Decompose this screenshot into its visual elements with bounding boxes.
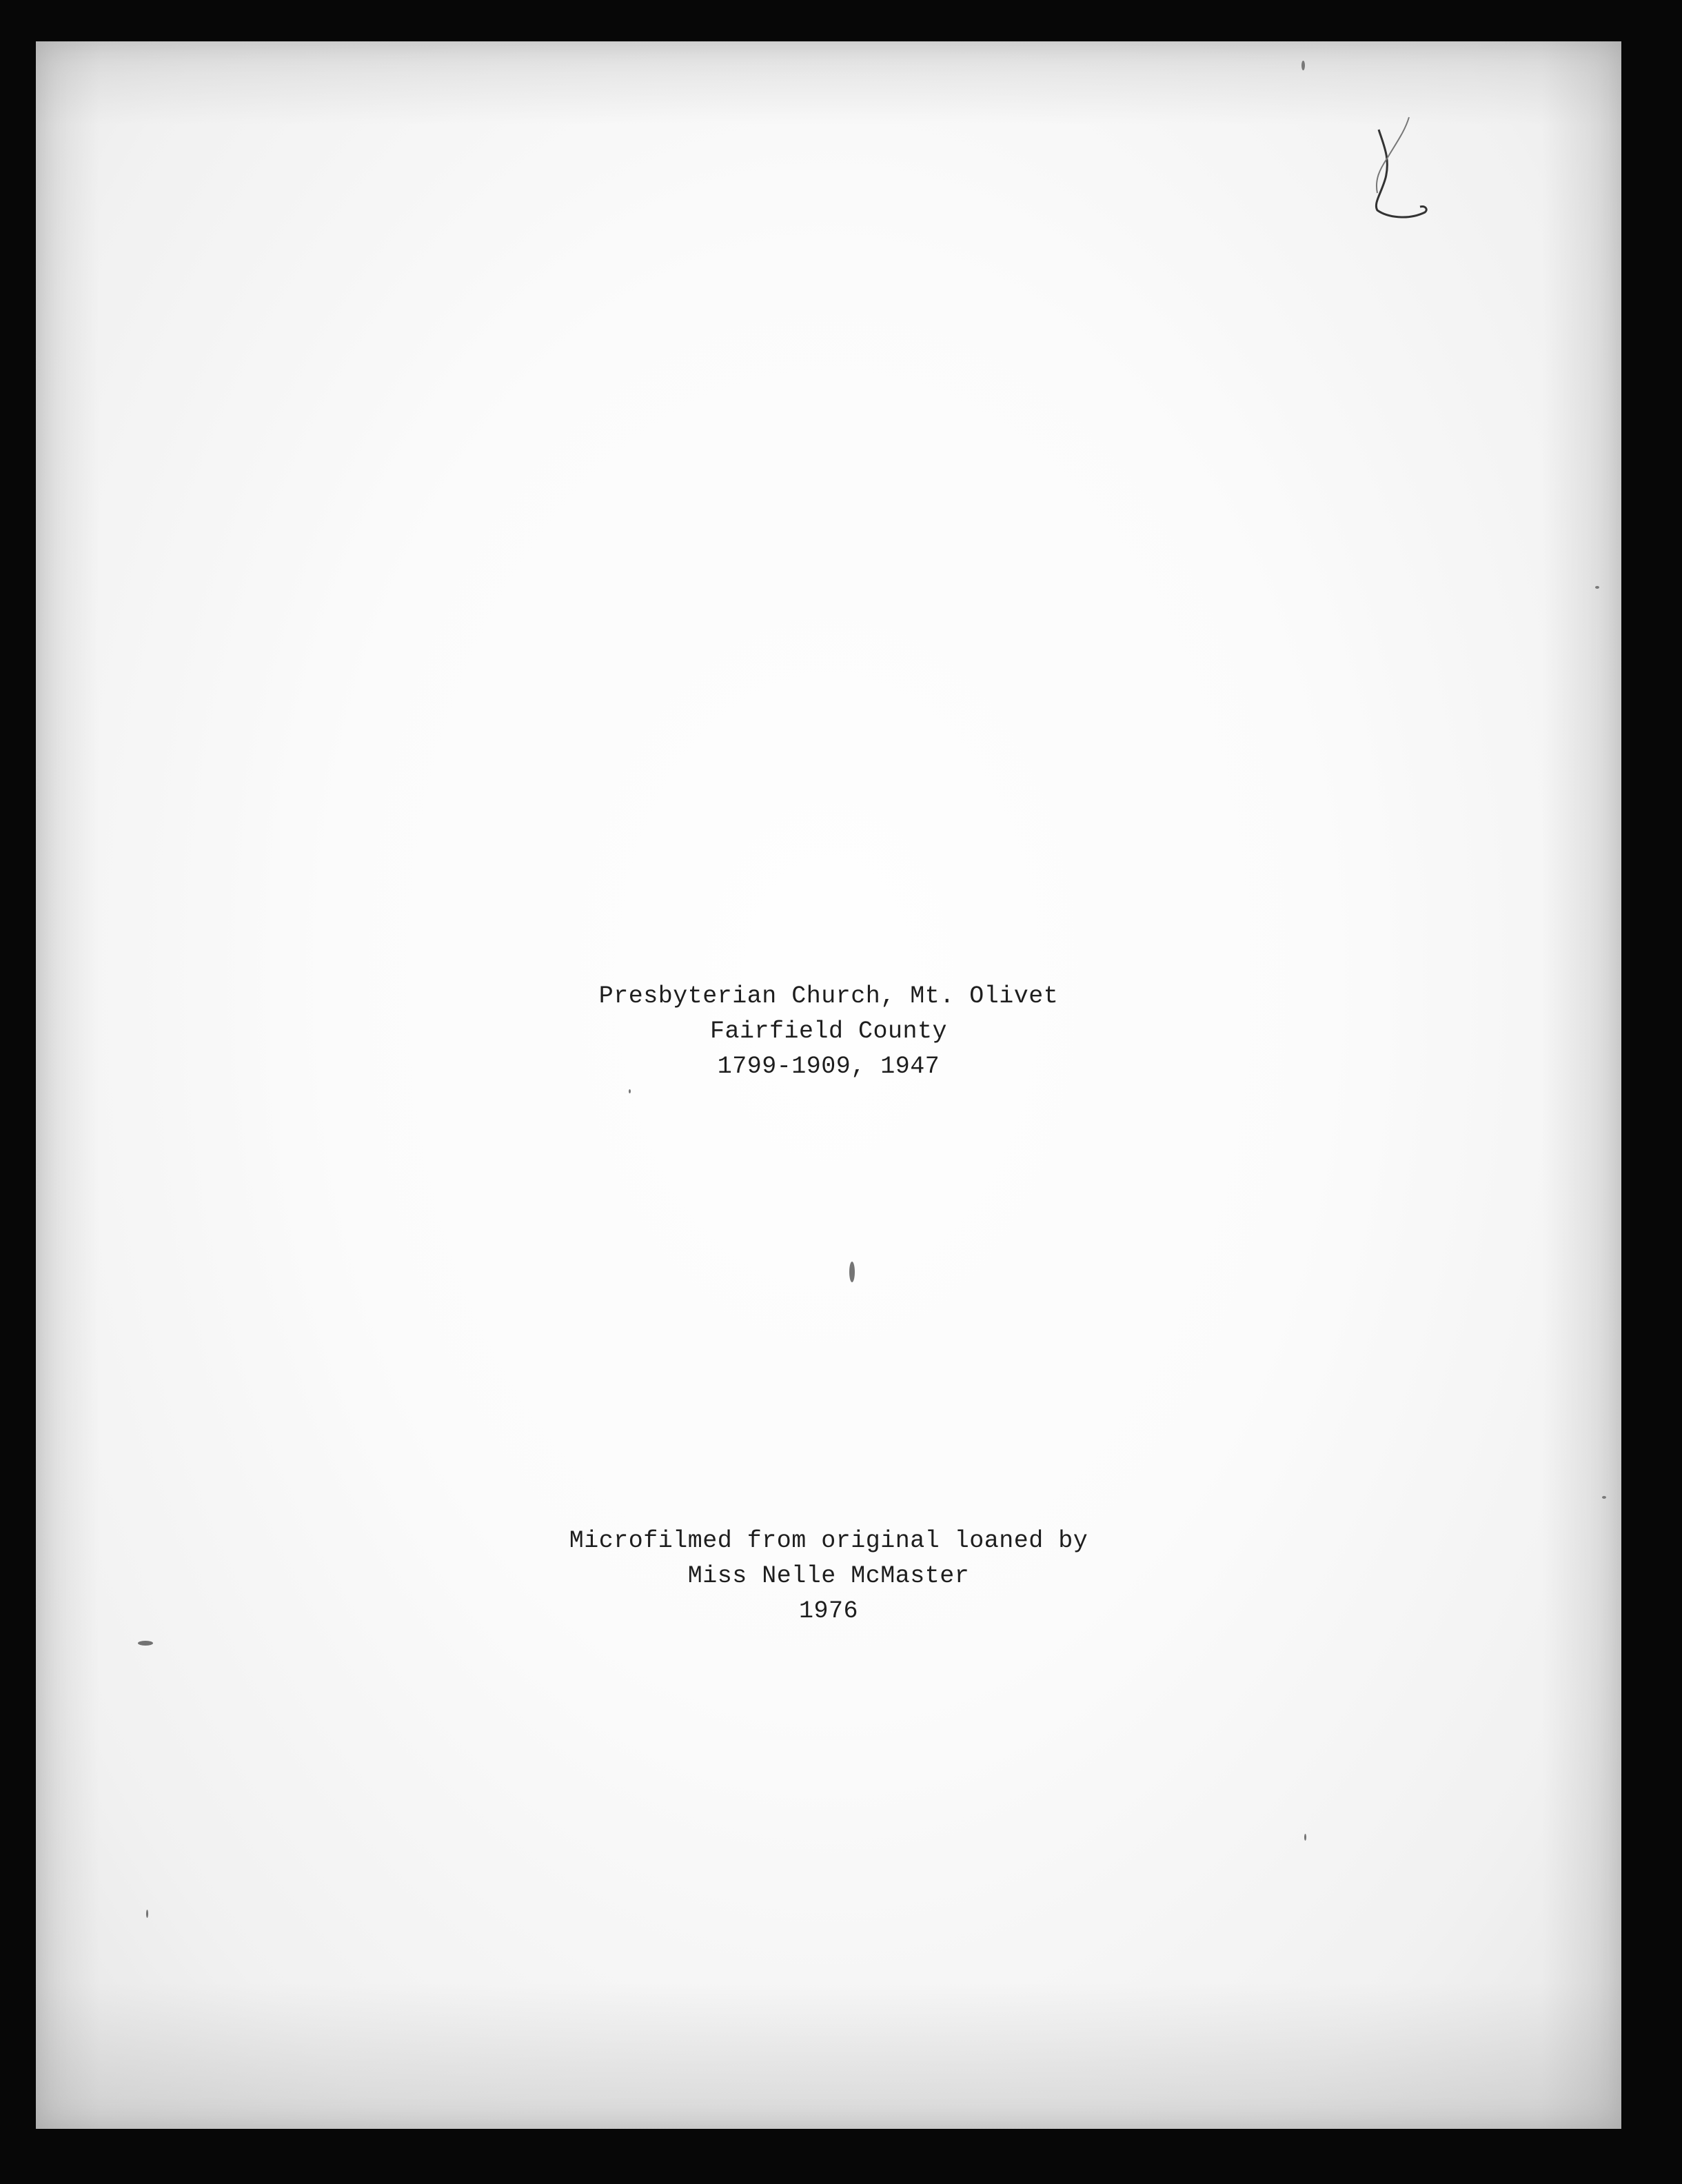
date-range: 1799-1909, 1947 bbox=[36, 1049, 1621, 1084]
title-block: Presbyterian Church, Mt. Olivet Fairfiel… bbox=[36, 979, 1621, 1084]
film-speck bbox=[849, 1262, 855, 1282]
microfilm-credit: Microfilmed from original loaned by bbox=[36, 1524, 1621, 1559]
film-speck bbox=[138, 1641, 153, 1646]
lender-name: Miss Nelle McMaster bbox=[36, 1559, 1621, 1594]
film-speck bbox=[1595, 586, 1599, 589]
microfilm-page: Presbyterian Church, Mt. Olivet Fairfiel… bbox=[36, 41, 1621, 2129]
microfilm-year: 1976 bbox=[36, 1594, 1621, 1629]
film-speck bbox=[146, 1910, 148, 1918]
film-speck bbox=[629, 1089, 631, 1093]
church-name: Presbyterian Church, Mt. Olivet bbox=[36, 979, 1621, 1014]
film-speck bbox=[1304, 1834, 1306, 1841]
film-speck bbox=[1602, 1496, 1606, 1499]
handwritten-mark-icon bbox=[1359, 97, 1456, 234]
county-name: Fairfield County bbox=[36, 1014, 1621, 1049]
film-speck bbox=[1301, 61, 1305, 70]
credit-block: Microfilmed from original loaned by Miss… bbox=[36, 1524, 1621, 1629]
